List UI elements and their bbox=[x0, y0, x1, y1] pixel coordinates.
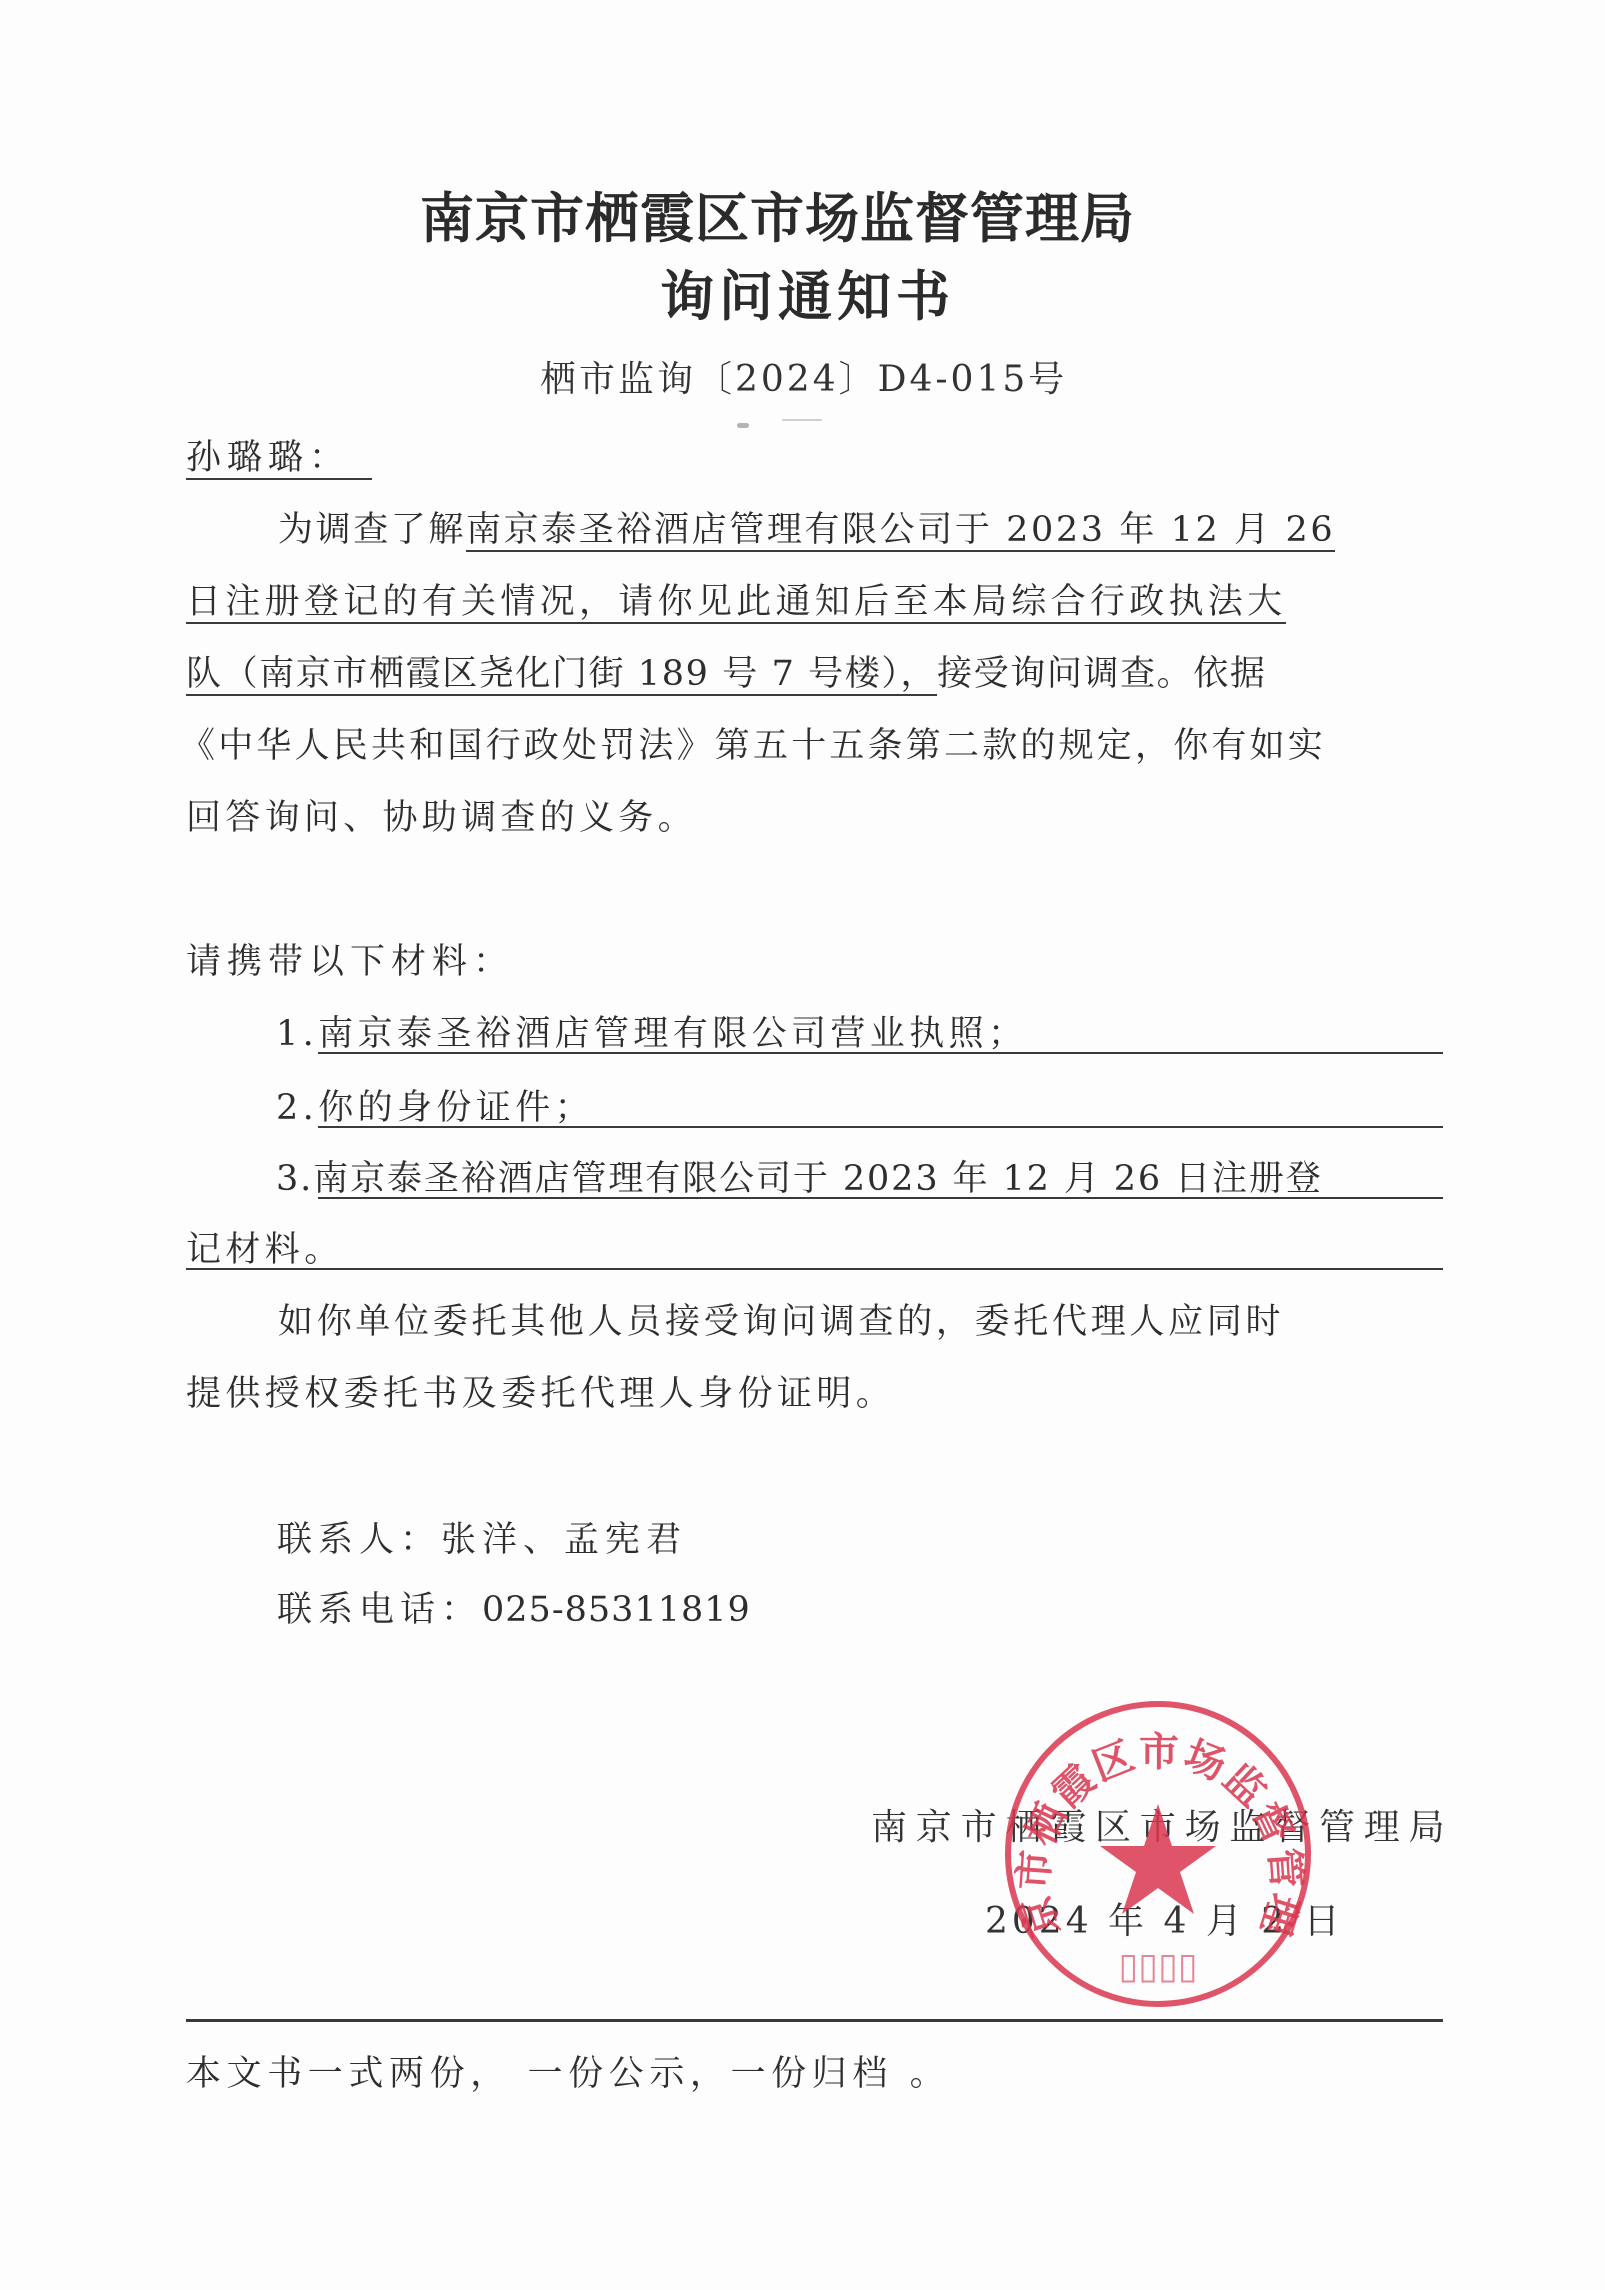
delegation-text: 提供授权委托书及委托代理人身份证明。 bbox=[186, 1374, 895, 1414]
svg-text:▯▯▯▯: ▯▯▯▯ bbox=[1118, 1945, 1197, 1987]
contact-person: 联系人：张洋、孟宪君 bbox=[277, 1520, 1534, 1560]
contact-phone-value: 025-85311819 bbox=[482, 1590, 751, 1630]
material-number: 1. bbox=[276, 1014, 318, 1054]
material-number: 3. bbox=[276, 1159, 313, 1199]
body-text: 接受询问调查。依据 bbox=[937, 654, 1266, 694]
body-text: 为调查了解 bbox=[278, 510, 466, 550]
footer-separator bbox=[186, 2019, 1443, 2022]
contact-person-label: 联系人： bbox=[277, 1520, 441, 1560]
contact-phone: 联系电话：025-85311819 bbox=[277, 1590, 1534, 1630]
material-underline bbox=[318, 1126, 1443, 1128]
body-line-4: 《中华人民共和国行政处罚法》第五十五条第二款的规定，你有如实 bbox=[180, 726, 1437, 766]
materials-heading: 请携带以下材料： bbox=[186, 942, 1443, 982]
document-title-authority: 南京市栖霞区市场监督管理局 bbox=[420, 192, 1220, 246]
scan-smudge bbox=[737, 423, 749, 428]
signature-authority: 南京市栖霞区市场监督管理局 bbox=[871, 1810, 1453, 1846]
materials-heading-text: 请携带以下材料： bbox=[186, 942, 514, 982]
body-text: 《中华人民共和国行政处罚法》第五十五条第二款的规定，你有如实 bbox=[180, 726, 1326, 766]
contact-phone-label: 联系电话： bbox=[277, 1590, 482, 1630]
signature-date: 2024 年 4 月 2 日 bbox=[985, 1904, 1344, 1940]
body-line-2: 日注册登记的有关情况，请你见此通知后至本局综合行政执法大 bbox=[186, 582, 1443, 622]
material-underline bbox=[318, 1052, 1443, 1054]
material-text: 你的身份证件； bbox=[318, 1088, 594, 1128]
contact-person-value: 张洋、孟宪君 bbox=[441, 1520, 687, 1560]
recipient-name: 孙璐璐： bbox=[186, 438, 372, 480]
body-underlined-text: 队（南京市栖霞区尧化门街 189 号 7 号楼）， bbox=[186, 654, 937, 696]
material-item-3: 3.南京泰圣裕酒店管理有限公司于 2023 年 12 月 26 日注册登 bbox=[276, 1159, 1443, 1199]
official-seal-icon: 南京市栖霞区市场监督管理局 ▯▯▯▯ bbox=[1000, 1696, 1316, 2012]
material-text: 南京泰圣裕酒店管理有限公司营业执照； bbox=[318, 1014, 1027, 1054]
delegation-line-2: 提供授权委托书及委托代理人身份证明。 bbox=[186, 1374, 1443, 1414]
material-item-1: 1.南京泰圣裕酒店管理有限公司营业执照； bbox=[276, 1014, 1443, 1054]
body-underlined-text: 日注册登记的有关情况，请你见此通知后至本局综合行政执法大 bbox=[186, 582, 1286, 624]
material-item-3-continuation: 记材料。 bbox=[186, 1230, 1443, 1270]
material-text: 南京泰圣裕酒店管理有限公司于 2023 年 12 月 26 日注册登 bbox=[313, 1159, 1323, 1199]
material-number: 2. bbox=[276, 1088, 318, 1128]
body-line-5: 回答询问、协助调查的义务。 bbox=[186, 798, 1443, 838]
body-line-3: 队（南京市栖霞区尧化门街 189 号 7 号楼），接受询问调查。依据 bbox=[186, 654, 1443, 694]
footer-note: 本文书一式两份， 一份公示，一份归档 。 bbox=[186, 2054, 1443, 2094]
document-title-type: 询问通知书 bbox=[660, 270, 970, 324]
footer-note-text: 本文书一式两份， 一份公示，一份归档 。 bbox=[186, 2054, 950, 2094]
material-item-2: 2.你的身份证件； bbox=[276, 1088, 1443, 1128]
body-underlined-text: 南京泰圣裕酒店管理有限公司于 2023 年 12 月 26 bbox=[466, 510, 1335, 552]
material-underline bbox=[318, 1197, 1443, 1199]
delegation-text: 如你单位委托其他人员接受询问调查的，委托代理人应同时 bbox=[278, 1302, 1284, 1342]
material-underline bbox=[186, 1268, 1443, 1270]
delegation-line-1: 如你单位委托其他人员接受询问调查的，委托代理人应同时 bbox=[278, 1302, 1438, 1342]
recipient-line: 孙璐璐： bbox=[186, 438, 1443, 478]
material-text: 记材料。 bbox=[186, 1230, 344, 1270]
body-text: 回答询问、协助调查的义务。 bbox=[186, 798, 697, 838]
document-number: 栖市监询〔2024〕D4-015号 bbox=[540, 362, 1067, 398]
body-line-1: 为调查了解南京泰圣裕酒店管理有限公司于 2023 年 12 月 26 bbox=[278, 510, 1443, 550]
document-page: 南京市栖霞区市场监督管理局 询问通知书 栖市监询〔2024〕D4-015号 孙璐… bbox=[0, 0, 1605, 2290]
scan-smudge bbox=[782, 419, 822, 421]
